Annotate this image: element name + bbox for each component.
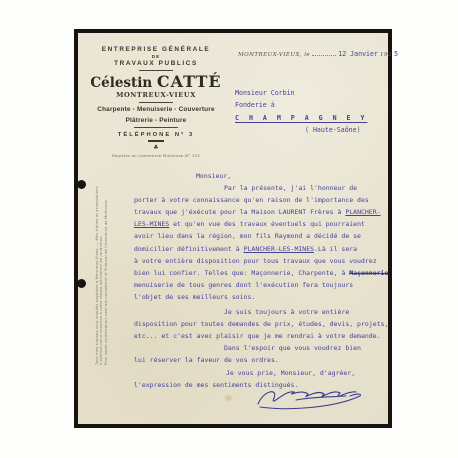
- body-text: Je vous prie, Monsieur, d'agréer,: [226, 369, 355, 377]
- margin-fine-print-line2: Pour toute contestation, seul est compét…: [104, 169, 108, 365]
- body-line: lui réserver la faveur de vos ordres.: [134, 356, 390, 368]
- body-text: travaux que j'éxécute pour la Maison LAU…: [134, 208, 345, 216]
- body-line: Je suis toujours à votre entière: [134, 308, 390, 320]
- body-line: bien lui confier. Telles que: Maçonnerie…: [134, 269, 390, 281]
- body-line: Dans l'espoir que vous voudrez bien: [134, 344, 390, 356]
- date-line: MONTREUX-VIEUX, le 12 Janvier 192 5: [238, 50, 388, 58]
- punch-hole-icon: [77, 279, 86, 288]
- body-text: menuiserie de tous genres dont l'exécuti…: [134, 281, 353, 289]
- body-text: avoir lieu dans la région, mon fils Raym…: [134, 232, 361, 240]
- phone-number: TÉLÉPHONE N° 3: [86, 132, 226, 138]
- letter-body: Monsieur,Par la présente, j'ai l'honneur…: [134, 172, 390, 393]
- body-text: bien lui confier. Telles que: Maçonnerie…: [134, 269, 349, 277]
- body-line: Monsieur,: [134, 172, 390, 184]
- body-text: Monsieur,: [196, 172, 231, 180]
- letterhead-line3: TRAVAUX PUBLICS: [86, 60, 226, 68]
- body-line: disposition pour toutes demandes de prix…: [134, 320, 390, 332]
- body-text: domicilier définitivement à: [134, 245, 244, 253]
- divider-rule: [148, 140, 164, 142]
- body-line: l'objet de ses meilleurs soins.: [134, 293, 390, 305]
- body-text: Par la présente, j'ai l'honneur de: [224, 184, 357, 192]
- recipient-department: ( Haute-Saône): [235, 124, 367, 136]
- body-text: porter à votre connaissance qu'en raison…: [134, 196, 369, 204]
- paper-stain: [223, 394, 234, 402]
- recipient-city: C H A M P A G N E Y: [235, 112, 367, 124]
- body-line: Par la présente, j'ai l'honneur de: [134, 184, 390, 196]
- owner-first-name: Célestin: [90, 75, 152, 91]
- underlined-text: LES-MINES: [134, 220, 169, 228]
- body-text: Je suis toujours à votre entière: [224, 308, 349, 316]
- body-line: avoir lieu dans la région, mon fils Raym…: [134, 232, 390, 244]
- owner-last-name: CATTÉ: [157, 72, 222, 91]
- body-text: Dans l'espoir que vous voudrez bien: [224, 344, 361, 352]
- body-text: à votre entière disposition pour tous tr…: [134, 257, 377, 265]
- recipient-company: Fonderie à: [235, 99, 367, 111]
- divider-rule: [139, 102, 173, 103]
- recipient-name: Monsieur Corbin: [235, 87, 367, 99]
- body-line: porter à votre connaissance qu'en raison…: [134, 196, 390, 208]
- typed-year-digit: 5: [394, 50, 398, 58]
- letterhead-city: MONTREUX-VIEUX: [86, 91, 226, 100]
- typed-date: 12 Janvier: [338, 50, 378, 58]
- margin-fine-print-line1: Tous mes travaux sont stipulés payables …: [95, 169, 104, 365]
- recipient-address-block: Monsieur Corbin Fonderie à C H A M P A G…: [235, 87, 367, 137]
- underlined-text: PLANCHER-LES-MINES: [244, 245, 314, 253]
- body-line: travaux que j'éxécute pour la Maison LAU…: [134, 208, 390, 220]
- divider-rule: [139, 70, 173, 71]
- fleur-emblem-icon: ♣: [86, 144, 226, 151]
- body-text: et qu'en vue des travaux éventuels qui p…: [169, 220, 365, 228]
- body-line: etc... et c'est avec plaisir que je me r…: [134, 332, 390, 344]
- body-line: Je vous prie, Monsieur, d'agréer,: [134, 369, 390, 381]
- body-text: l'objet de ses meilleurs soins.: [134, 293, 255, 301]
- struck-out-text: Maçonnerie: [349, 269, 388, 277]
- trades-line1: Charpente - Menuiserie - Couverture: [86, 106, 226, 115]
- body-text: .Là il sera: [314, 245, 357, 253]
- body-line: menuiserie de tous genres dont l'exécuti…: [134, 281, 390, 293]
- punch-hole-icon: [77, 180, 86, 189]
- commerce-registry-line: Registre du Commerce Mulhouse N° 103: [86, 153, 226, 158]
- underlined-text: PLANCHER-: [345, 208, 380, 216]
- handwritten-signature: [250, 380, 370, 414]
- margin-fine-print: Tous mes travaux sont stipulés payables …: [95, 169, 108, 365]
- trades-line2: Plâtrerie - Peinture: [86, 117, 226, 126]
- body-line: LES-MINES et qu'en vue des travaux évent…: [134, 220, 390, 232]
- body-text: etc... et c'est avec plaisir que je me r…: [134, 332, 381, 340]
- body-text: disposition pour toutes demandes de prix…: [134, 320, 388, 328]
- divider-rule: [134, 127, 178, 128]
- printed-place-label: MONTREUX-VIEUX, le: [238, 52, 310, 58]
- letter-paper: ENTREPRISE GÉNÉRALE DE TRAVAUX PUBLICS C…: [74, 29, 392, 428]
- letterhead: ENTREPRISE GÉNÉRALE DE TRAVAUX PUBLICS C…: [86, 46, 226, 158]
- body-line: domicilier définitivement à PLANCHER-LES…: [134, 245, 390, 257]
- company-owner-name: Célestin CATTÉ: [86, 74, 226, 91]
- scanned-letter-photo: ENTREPRISE GÉNÉRALE DE TRAVAUX PUBLICS C…: [0, 0, 458, 458]
- body-text: lui réserver la faveur de vos ordres.: [134, 356, 279, 364]
- body-line: à votre entière disposition pour tous tr…: [134, 257, 390, 269]
- dotted-fill-line: [312, 50, 336, 56]
- printed-year-prefix: 192: [380, 52, 392, 58]
- letterhead-line1: ENTREPRISE GÉNÉRALE: [86, 46, 226, 54]
